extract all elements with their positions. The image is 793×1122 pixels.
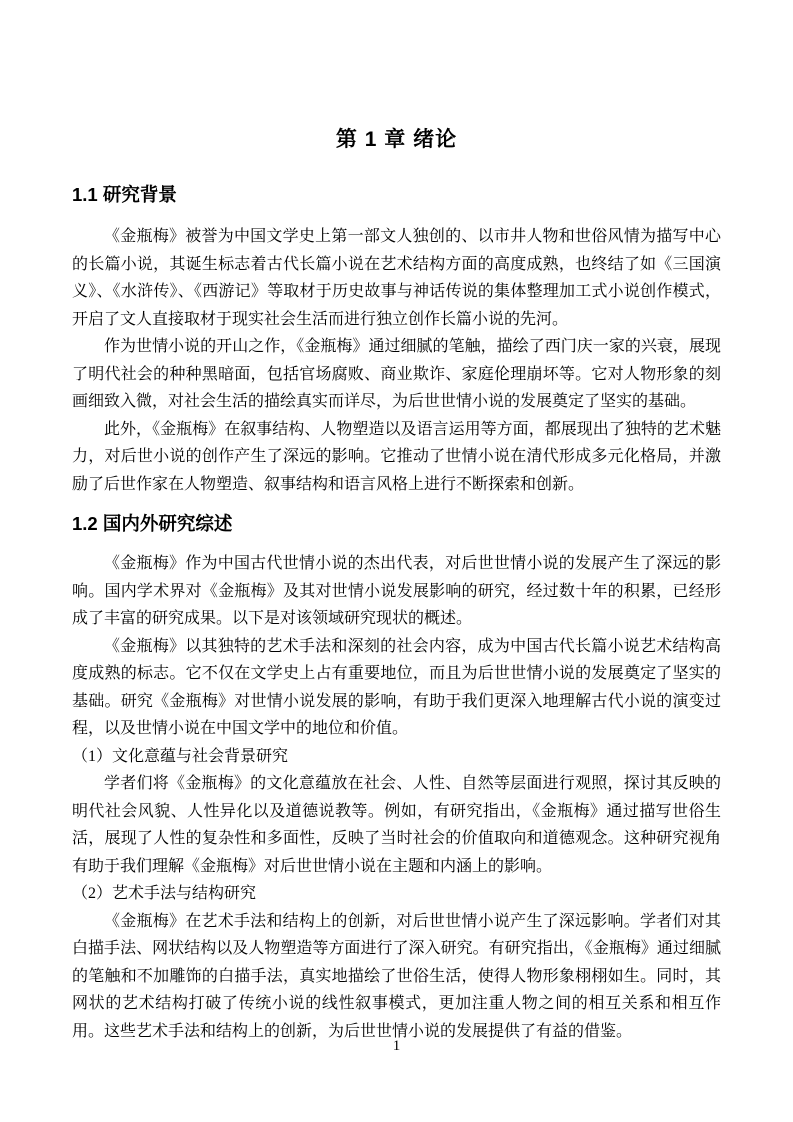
subitem-label-2: （2）艺术手法与结构研究 — [72, 880, 721, 908]
paragraph: 《金瓶梅》以其独特的艺术手法和深刻的社会内容，成为中国古代长篇小说艺术结构高度成… — [72, 633, 721, 743]
section-heading-1-1: 1.1 研究背景 — [72, 183, 721, 206]
section-1-2-body: 《金瓶梅》作为中国古代世情小说的杰出代表，对后世世情小说的发展产生了深远的影响。… — [72, 550, 721, 1045]
section-1-1-body: 《金瓶梅》被誉为中国文学史上第一部文人独创的、以市井人物和世俗风情为描写中心的长… — [72, 223, 721, 498]
subitem-label-1: （1）文化意蕴与社会背景研究 — [72, 743, 721, 771]
paragraph: 《金瓶梅》作为中国古代世情小说的杰出代表，对后世世情小说的发展产生了深远的影响。… — [72, 550, 721, 633]
paragraph: 《金瓶梅》被誉为中国文学史上第一部文人独创的、以市井人物和世俗风情为描写中心的长… — [72, 223, 721, 333]
paragraph: 此外，《金瓶梅》在叙事结构、人物塑造以及语言运用等方面，都展现出了独特的艺术魅力… — [72, 416, 721, 499]
paragraph: 作为世情小说的开山之作，《金瓶梅》通过细腻的笔触，描绘了西门庆一家的兴衰，展现了… — [72, 333, 721, 416]
chapter-title: 第 1 章 绪论 — [72, 0, 721, 153]
section-heading-1-2: 1.2 国内外研究综述 — [72, 512, 721, 535]
paragraph: 学者们将《金瓶梅》的文化意蕴放在社会、人性、自然等层面进行观照，探讨其反映的明代… — [72, 770, 721, 880]
document-page: 第 1 章 绪论 1.1 研究背景 《金瓶梅》被誉为中国文学史上第一部文人独创的… — [0, 0, 793, 1122]
paragraph: 《金瓶梅》在艺术手法和结构上的创新，对后世世情小说产生了深远影响。学者们对其白描… — [72, 908, 721, 1046]
page-number: 1 — [0, 1036, 793, 1056]
